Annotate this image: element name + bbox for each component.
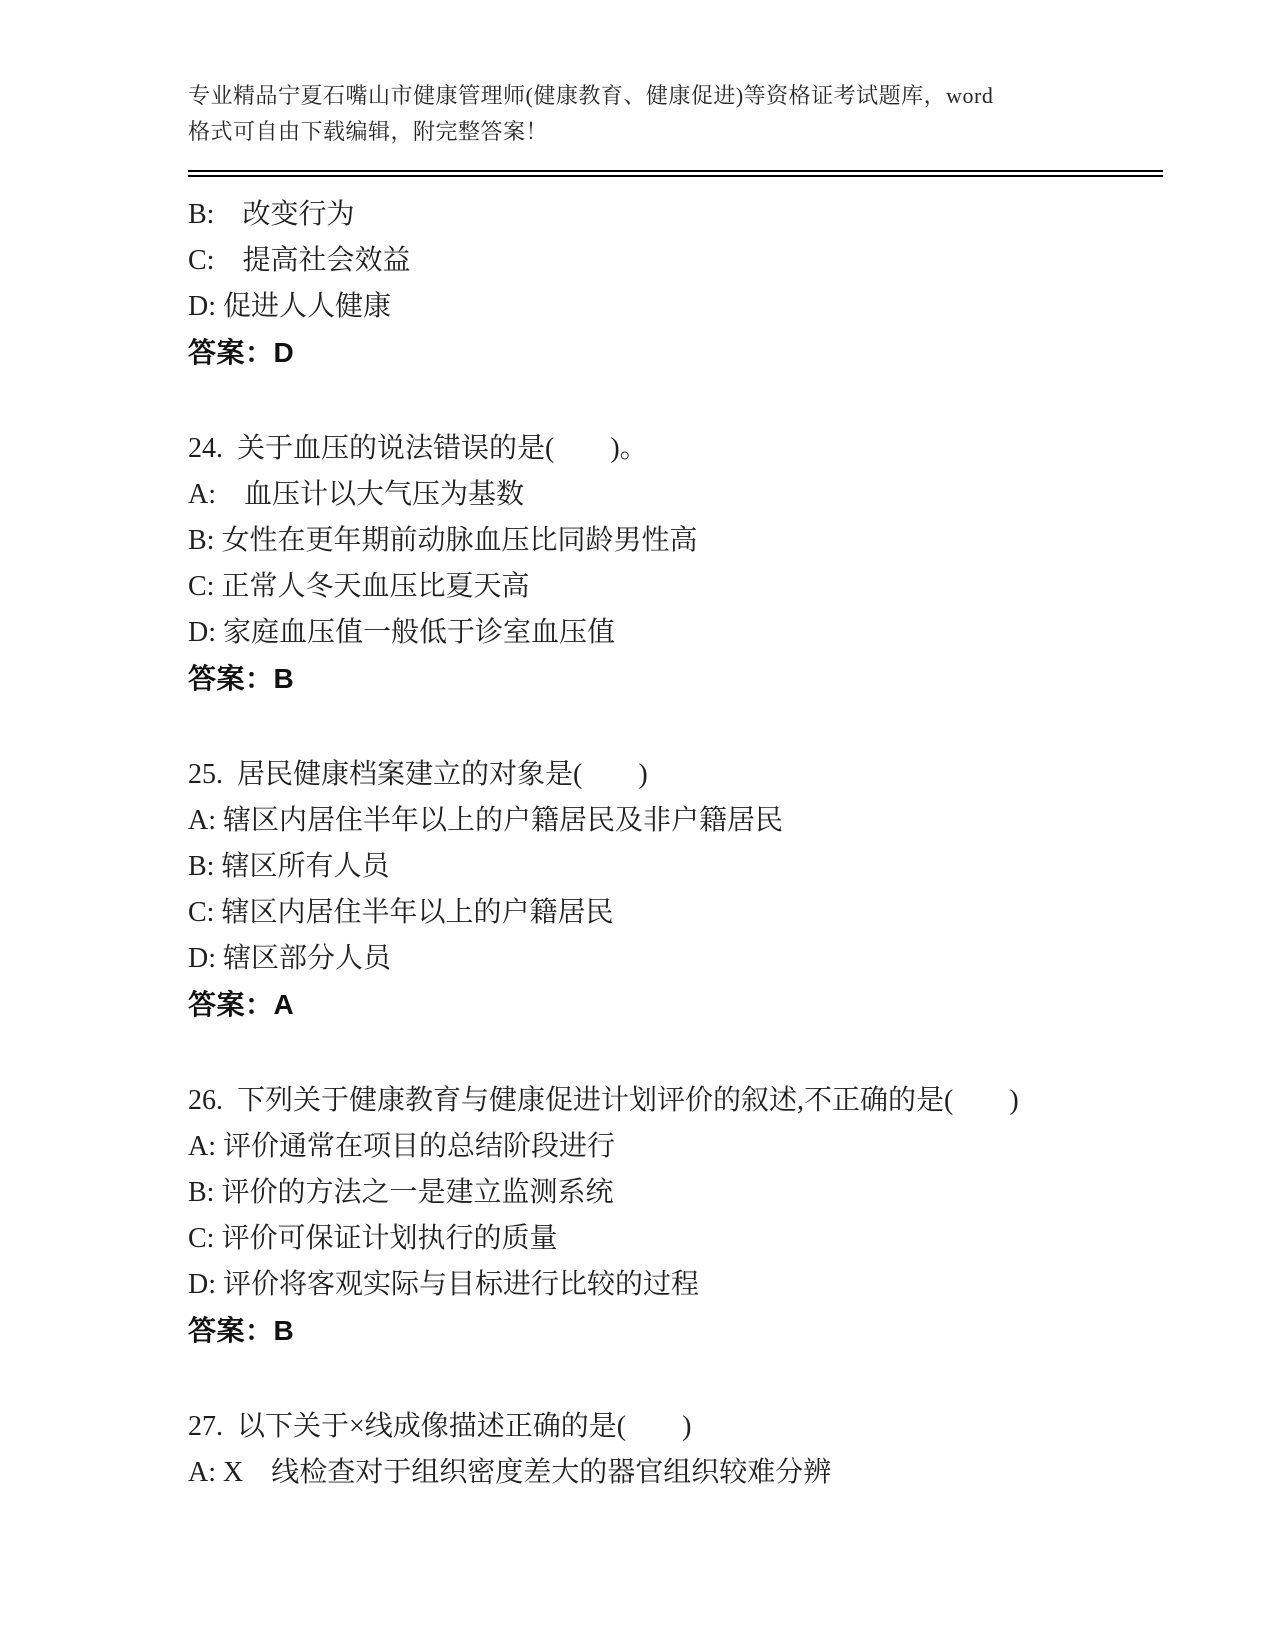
document-page: 专业精品宁夏石嘴山市健康管理师(健康教育、健康促进)等资格证考试题库，word … [0, 0, 1275, 1650]
q26-option-c: C: 评价可保证计划执行的质量 [188, 1216, 1163, 1262]
question-26: 26. 下列关于健康教育与健康促进计划评价的叙述,不正确的是( ) A: 评价通… [188, 1078, 1163, 1354]
q26-stem: 26. 下列关于健康教育与健康促进计划评价的叙述,不正确的是( ) [188, 1078, 1163, 1124]
q25-option-c: C: 辖区内居住半年以上的户籍居民 [188, 890, 1163, 936]
q25-option-b: B: 辖区所有人员 [188, 844, 1163, 890]
q23-option-c: C: 提高社会效益 [188, 238, 1163, 284]
document-header: 专业精品宁夏石嘴山市健康管理师(健康教育、健康促进)等资格证考试题库，word … [188, 78, 1163, 150]
q24-answer: 答案：B [188, 656, 1163, 702]
q24-option-a: A: 血压计以大气压为基数 [188, 472, 1163, 518]
q24-option-d: D: 家庭血压值一般低于诊室血压值 [188, 610, 1163, 656]
question-27-partial: 27. 以下关于×线成像描述正确的是( ) A: X 线检查对于组织密度差大的器… [188, 1404, 1163, 1496]
q25-option-d: D: 辖区部分人员 [188, 936, 1163, 982]
header-line-2: 格式可自由下载编辑，附完整答案！ [188, 114, 1163, 150]
question-24: 24. 关于血压的说法错误的是( )。 A: 血压计以大气压为基数 B: 女性在… [188, 426, 1163, 702]
q26-answer: 答案：B [188, 1308, 1163, 1354]
question-25: 25. 居民健康档案建立的对象是( ) A: 辖区内居住半年以上的户籍居民及非户… [188, 752, 1163, 1028]
q25-option-a: A: 辖区内居住半年以上的户籍居民及非户籍居民 [188, 798, 1163, 844]
q24-option-b: B: 女性在更年期前动脉血压比同龄男性高 [188, 518, 1163, 564]
q24-option-c: C: 正常人冬天血压比夏天高 [188, 564, 1163, 610]
q23-option-b: B: 改变行为 [188, 192, 1163, 238]
q27-stem: 27. 以下关于×线成像描述正确的是( ) [188, 1404, 1163, 1450]
q25-answer: 答案：A [188, 982, 1163, 1028]
q27-option-a: A: X 线检查对于组织密度差大的器官组织较难分辨 [188, 1450, 1163, 1496]
q23-answer: 答案：D [188, 330, 1163, 376]
q25-stem: 25. 居民健康档案建立的对象是( ) [188, 752, 1163, 798]
q23-option-d: D: 促进人人健康 [188, 284, 1163, 330]
q26-option-b: B: 评价的方法之一是建立监测系统 [188, 1170, 1163, 1216]
header-divider [188, 170, 1163, 177]
header-line-1: 专业精品宁夏石嘴山市健康管理师(健康教育、健康促进)等资格证考试题库，word [188, 78, 1163, 114]
question-23-partial: B: 改变行为 C: 提高社会效益 D: 促进人人健康 答案：D [188, 192, 1163, 376]
document-content: 专业精品宁夏石嘴山市健康管理师(健康教育、健康促进)等资格证考试题库，word … [0, 0, 1275, 1496]
q26-option-d: D: 评价将客观实际与目标进行比较的过程 [188, 1262, 1163, 1308]
q24-stem: 24. 关于血压的说法错误的是( )。 [188, 426, 1163, 472]
q26-option-a: A: 评价通常在项目的总结阶段进行 [188, 1124, 1163, 1170]
